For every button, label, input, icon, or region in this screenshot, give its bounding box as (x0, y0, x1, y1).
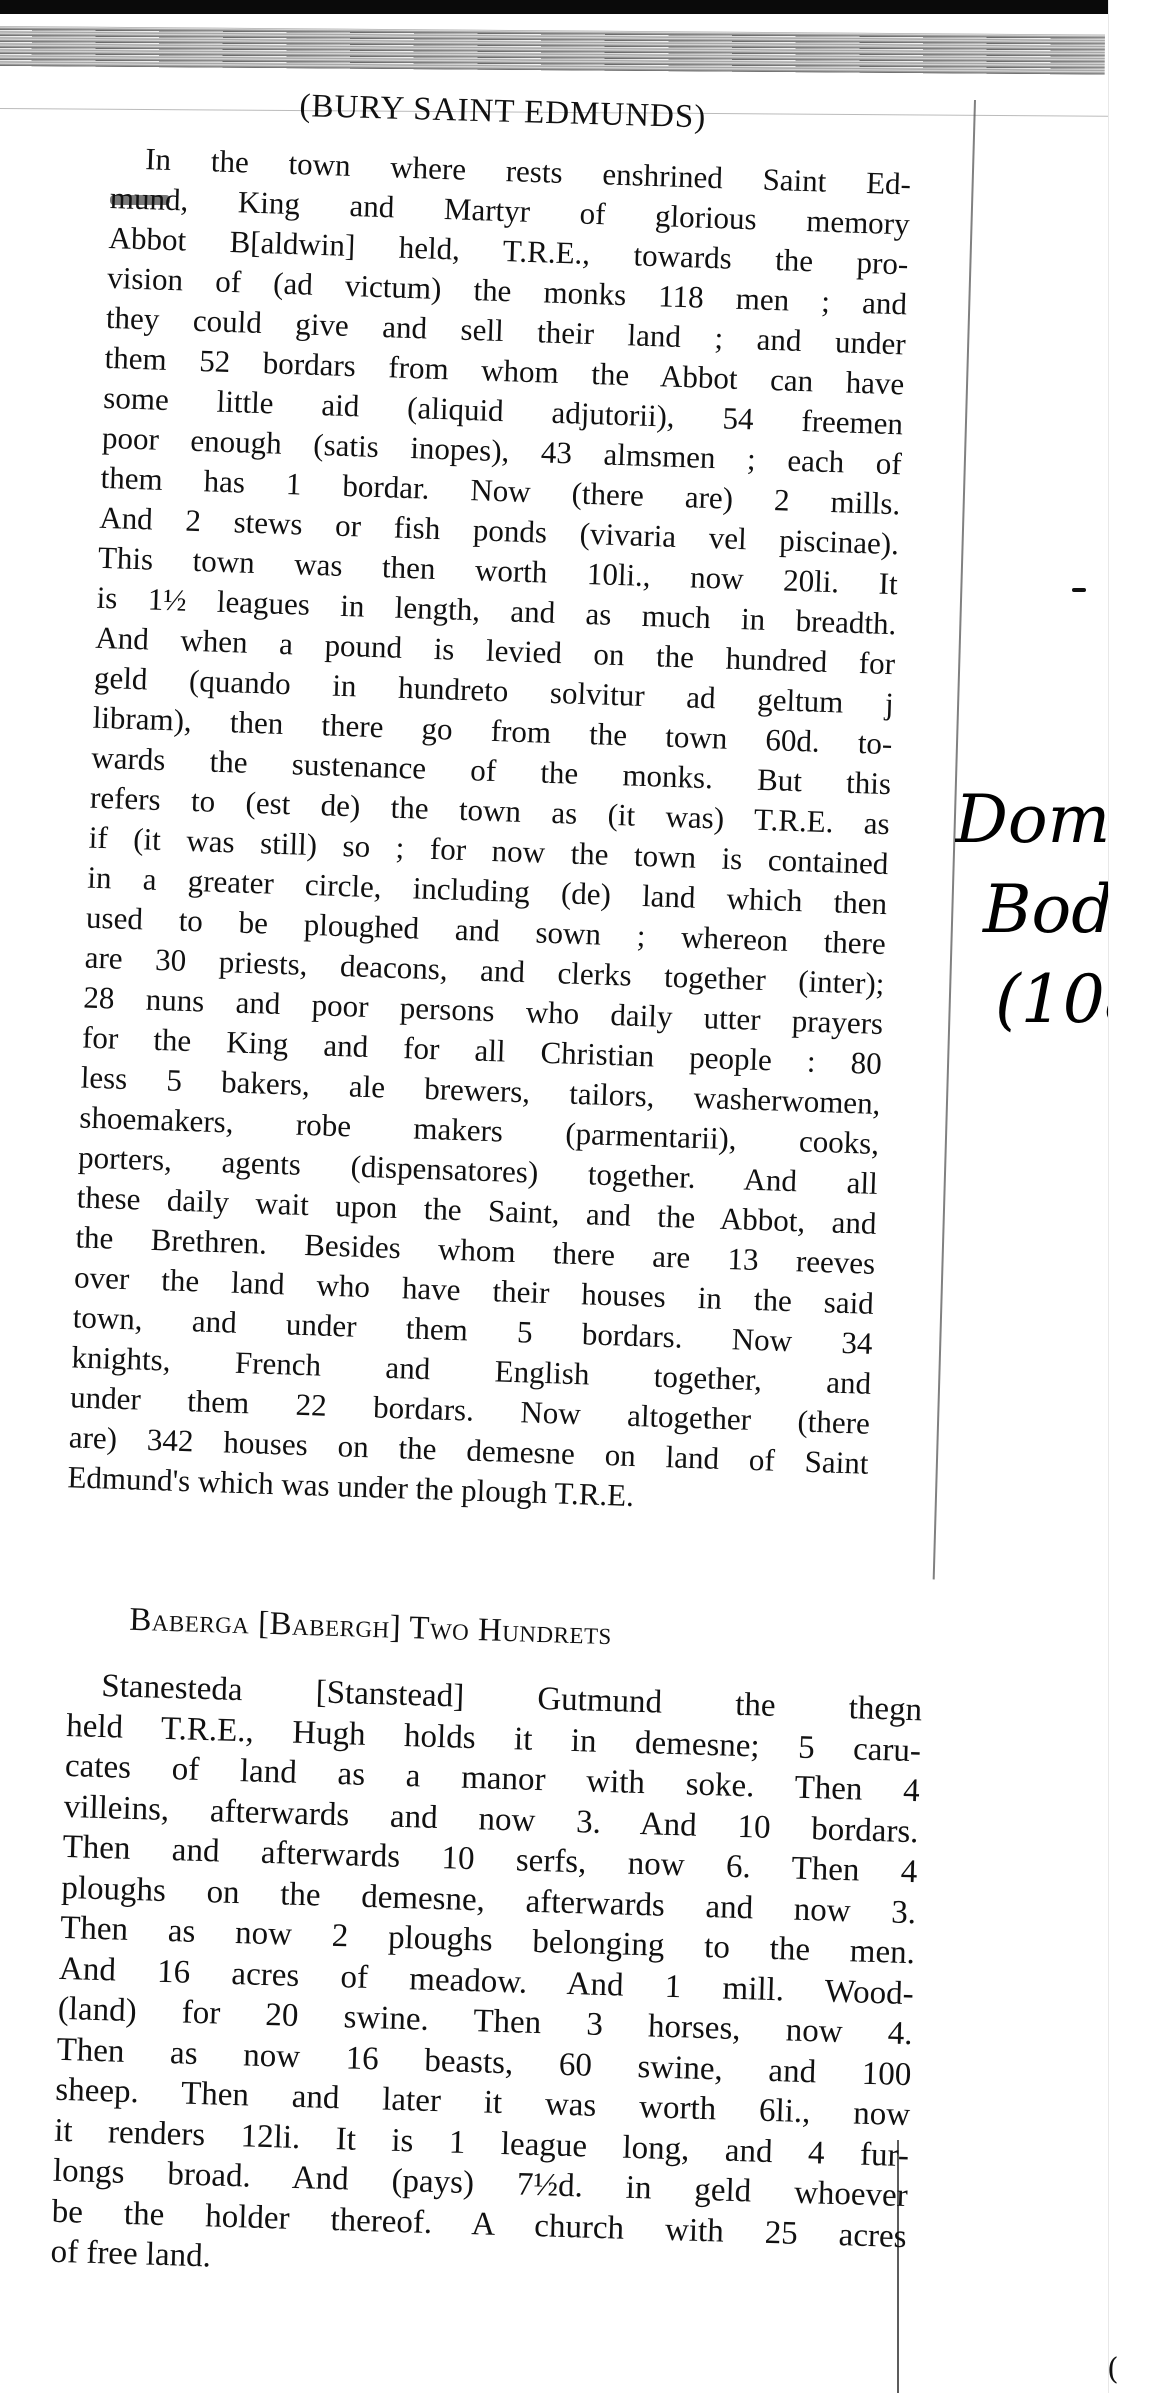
running-head: (BURY SAINT EDMUNDS) (299, 88, 707, 136)
scan-right-edge (1108, 0, 1169, 2393)
ink-mark (1072, 588, 1086, 592)
bury-saint-edmunds-text: In the town where rests enshrined Saint … (67, 138, 912, 1524)
babergh-text: Baberga [Babergh] Two Hundrets Stanested… (50, 1600, 925, 2298)
section-heading: Baberga [Babergh] Two Hundrets (129, 1602, 925, 1663)
ink-mark-paren: ( (1107, 2352, 1119, 2387)
scanned-page: (BURY SAINT EDMUNDS) In the town where r… (0, 0, 1169, 2393)
